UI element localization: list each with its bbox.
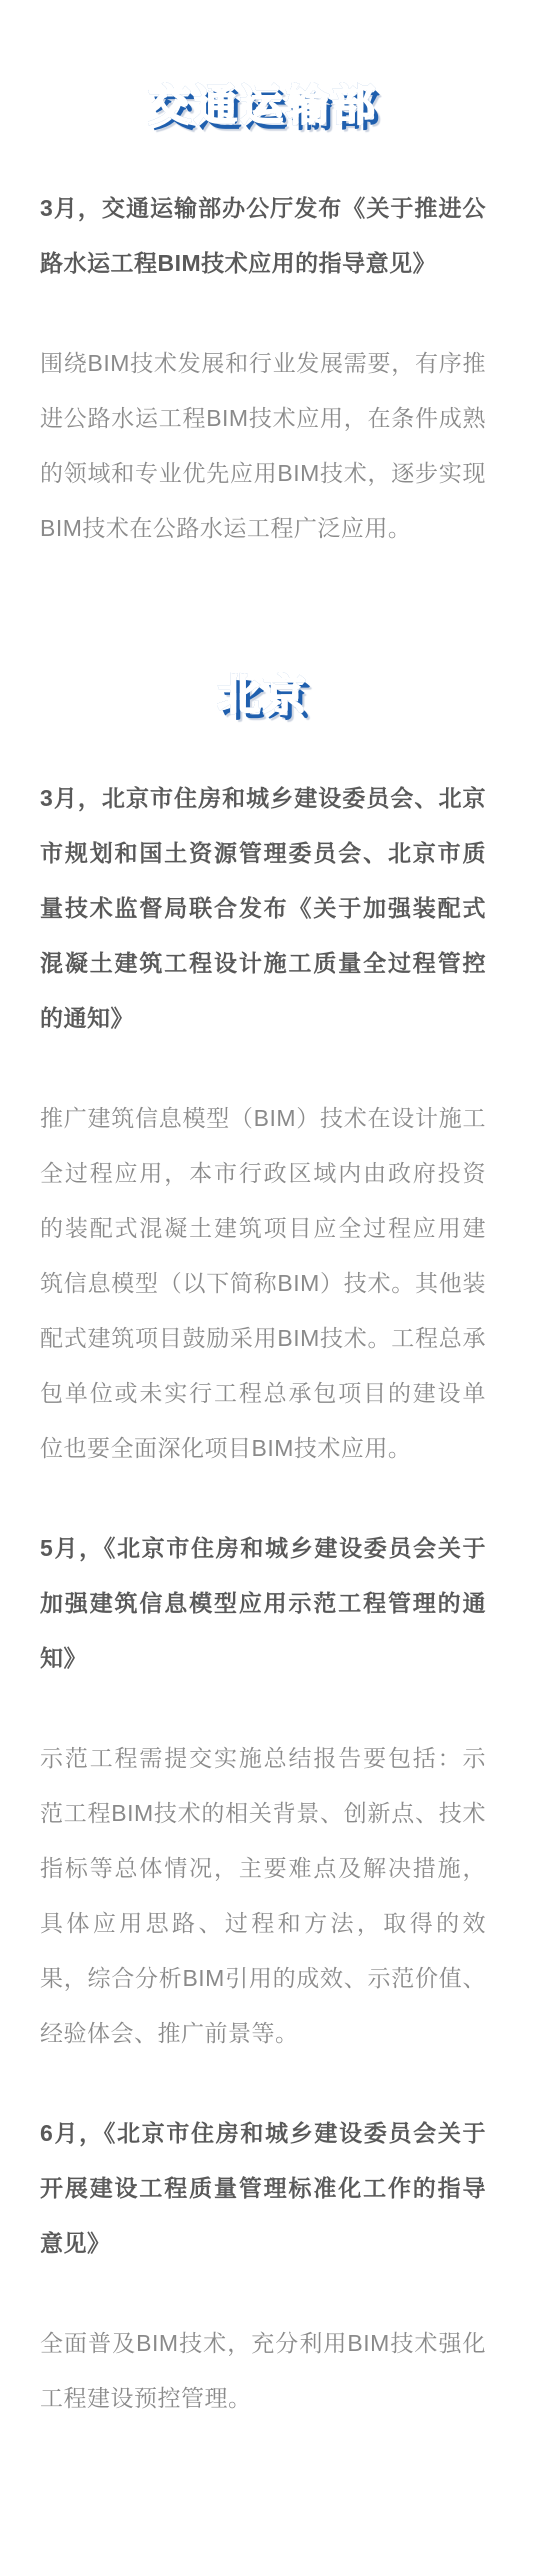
section-header-transport: 交通运输部 交通运输部 [40, 76, 486, 136]
body-beijing-march: 推广建筑信息模型（BIM）技术在设计施工全过程应用，本市行政区域内由政府投资的装… [40, 1091, 486, 1476]
heading-transport-march: 3月，交通运输部办公厅发布《关于推进公路水运工程BIM技术应用的指导意见》 [40, 181, 486, 291]
body-beijing-june: 全面普及BIM技术，充分利用BIM技术强化工程建设预控管理。 [40, 2316, 486, 2426]
heading-beijing-june: 6月，《北京市住房和城乡建设委员会关于开展建设工程质量管理标准化工作的指导意见》 [40, 2106, 486, 2271]
section-header-beijing: 北京 北京 [40, 666, 486, 726]
body-transport-march: 围绕BIM技术发展和行业发展需要，有序推进公路水运工程BIM技术应用，在条件成熟… [40, 336, 486, 556]
section-beijing: 北京 北京 3月，北京市住房和城乡建设委员会、北京市规划和国土资源管理委员会、北… [40, 666, 486, 2426]
section-header-transport-label: 交通运输部 [148, 82, 378, 130]
section-transport-ministry: 交通运输部 交通运输部 3月，交通运输部办公厅发布《关于推进公路水运工程BIM技… [40, 76, 486, 556]
body-beijing-may: 示范工程需提交实施总结报告要包括：示范工程BIM技术的相关背景、创新点、技术指标… [40, 1731, 486, 2061]
section-header-beijing-label: 北京 [217, 672, 309, 720]
article-page: 交通运输部 交通运输部 3月，交通运输部办公厅发布《关于推进公路水运工程BIM技… [0, 0, 550, 2569]
heading-beijing-may: 5月，《北京市住房和城乡建设委员会关于加强建筑信息模型应用示范工程管理的通知》 [40, 1521, 486, 1686]
heading-beijing-march: 3月，北京市住房和城乡建设委员会、北京市规划和国土资源管理委员会、北京市质量技术… [40, 771, 486, 1046]
